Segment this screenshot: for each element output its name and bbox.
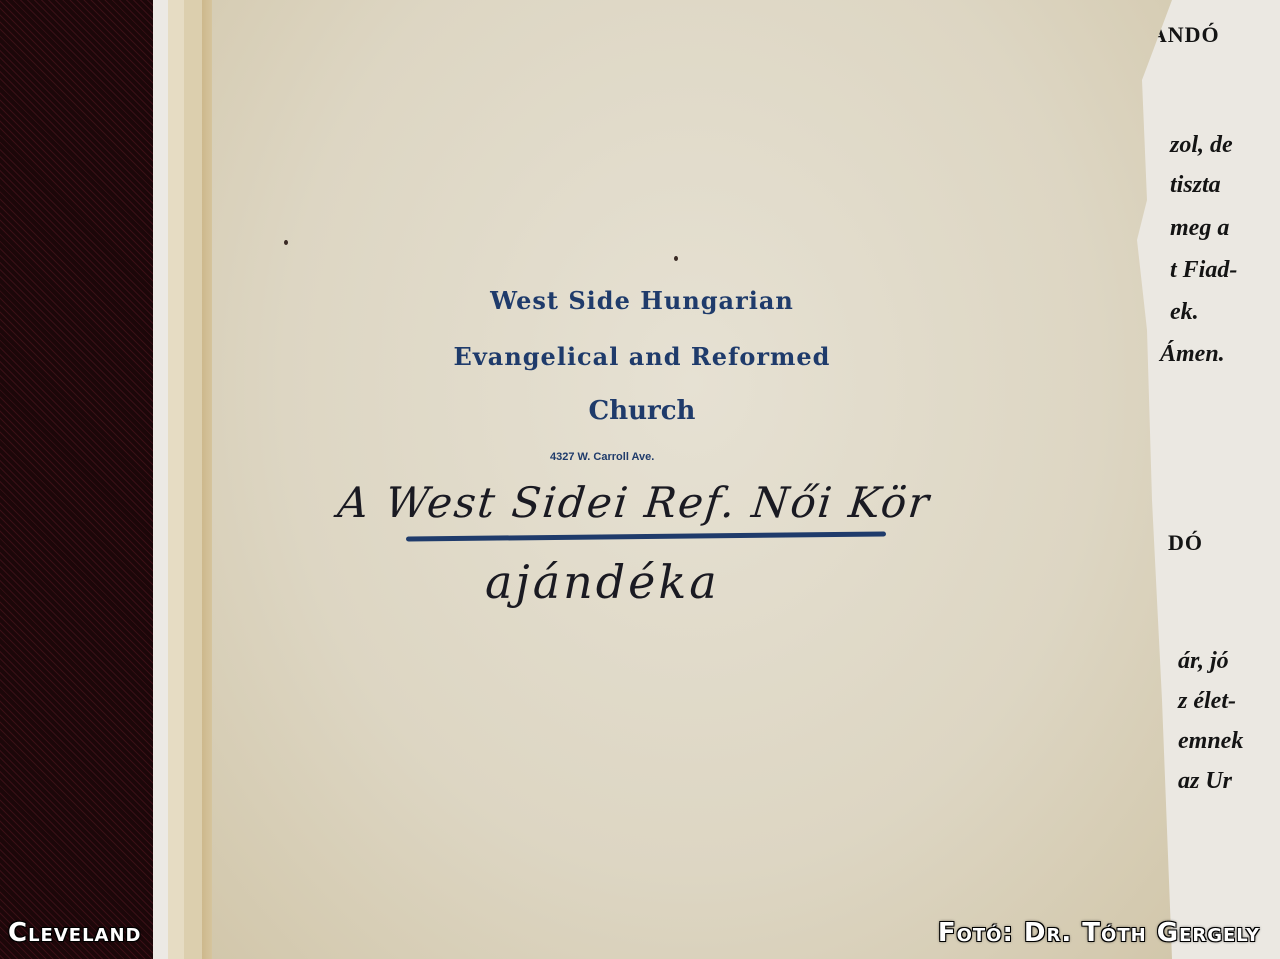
right-text-line: az Ur: [1178, 768, 1232, 795]
handwritten-dedication-line-2: ajándéka: [485, 555, 720, 609]
right-text-line: zol, de: [1170, 132, 1233, 159]
right-text-line: ár, jó: [1178, 648, 1229, 675]
right-text-line: tiszta: [1170, 172, 1221, 199]
church-stamp-line-2: Evangelical and Reformed: [212, 342, 1072, 371]
right-text-line: z élet-: [1178, 688, 1236, 715]
church-stamp-line-1: West Side Hungarian: [212, 286, 1072, 315]
church-address: 4327 W. Carroll Ave.: [550, 451, 654, 463]
book-cover-cloth: [0, 0, 155, 959]
photo-credit-caption: Fotó: Dr. Tóth Gergely: [938, 918, 1260, 948]
handwritten-dedication-line-1: A West Sidei Ref. Női Kör: [335, 478, 933, 527]
right-text-line: emnek: [1178, 728, 1243, 755]
right-text-line: ek.: [1170, 299, 1199, 326]
location-caption: Cleveland: [8, 918, 141, 948]
ink-spot: [284, 240, 288, 245]
church-stamp-line-3: Church: [212, 396, 1072, 426]
right-heading-bottom: DÓ: [1168, 530, 1203, 556]
right-text-line: meg a: [1170, 215, 1229, 242]
right-text-line: t Fiad-: [1170, 257, 1237, 284]
ink-spot: [674, 256, 678, 261]
binding-strip: [168, 0, 185, 959]
binding-strip: [184, 0, 204, 959]
right-text-line: Ámen.: [1160, 341, 1225, 368]
